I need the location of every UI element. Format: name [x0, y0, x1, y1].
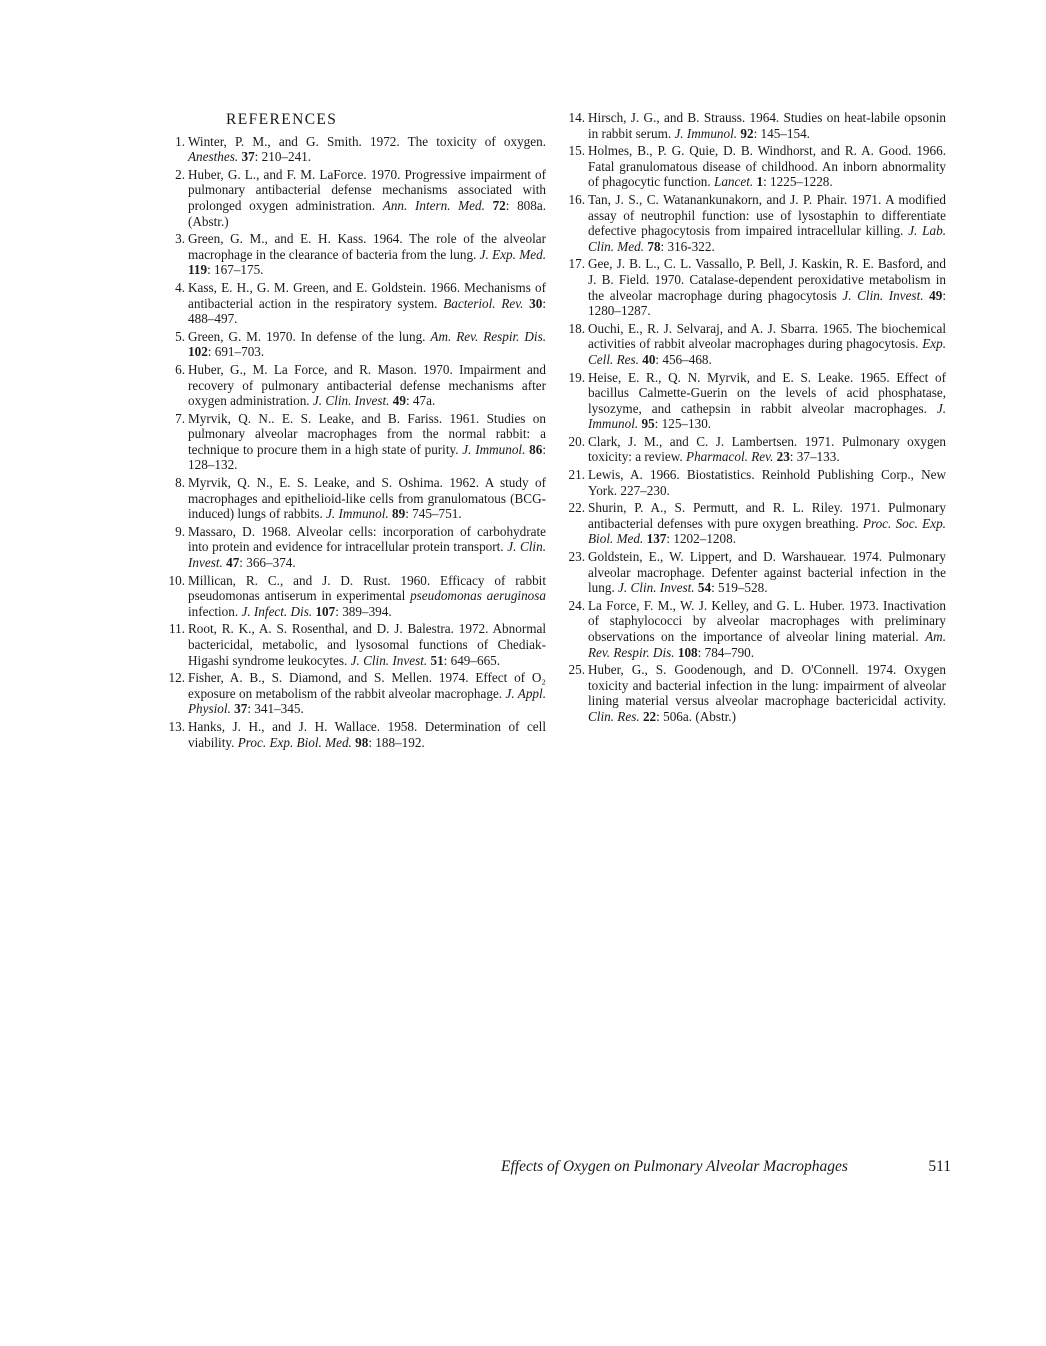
reference-journal: Lancet. — [714, 174, 753, 189]
reference-journal: J. Clin. Invest. — [618, 580, 695, 595]
reference-pages: : 745–751. — [405, 506, 461, 521]
reference-item: 1.Winter, P. M., and G. Smith. 1972. The… — [166, 134, 546, 165]
reference-item: 11.Root, R. K., A. S. Rosenthal, and D. … — [166, 621, 546, 668]
reference-item: 25.Huber, G., S. Goodenough, and D. O'Co… — [566, 662, 946, 724]
references-column-right: 14.Hirsch, J. G., and B. Strauss. 1964. … — [566, 110, 946, 727]
reference-list-right: 14.Hirsch, J. G., and B. Strauss. 1964. … — [566, 110, 946, 725]
reference-journal: J. Clin. Invest. — [842, 288, 923, 303]
reference-pages: : 456–468. — [655, 352, 711, 367]
reference-item: 20.Clark, J. M., and C. J. Lambertsen. 1… — [566, 434, 946, 465]
reference-volume: 23 — [777, 449, 790, 464]
reference-number: 25. — [560, 662, 585, 678]
reference-pages: : 188–192. — [368, 735, 424, 750]
reference-number: 11. — [160, 621, 185, 637]
reference-item: 21.Lewis, A. 1966. Biostatistics. Reinho… — [566, 467, 946, 498]
reference-item: 22.Shurin, P. A., S. Permutt, and R. L. … — [566, 500, 946, 547]
reference-volume: 54 — [698, 580, 711, 595]
reference-number: 9. — [166, 524, 185, 540]
page-number: 511 — [928, 1158, 951, 1176]
reference-text: Green, G. M. 1970. In defense of the lun… — [188, 329, 430, 344]
reference-item: 18.Ouchi, E., R. J. Selvaraj, and A. J. … — [566, 321, 946, 368]
reference-item: 7.Myrvik, Q. N.. E. S. Leake, and B. Far… — [166, 411, 546, 473]
reference-journal: Anesthes. — [188, 149, 238, 164]
reference-number: 23. — [560, 549, 585, 565]
reference-journal: Proc. Exp. Biol. Med. — [238, 735, 352, 750]
reference-number: 12. — [160, 670, 185, 686]
reference-volume: 92 — [740, 126, 753, 141]
reference-item: 19.Heise, E. R., Q. N. Myrvik, and E. S.… — [566, 370, 946, 432]
reference-item: 3.Green, G. M., and E. H. Kass. 1964. Th… — [166, 231, 546, 278]
reference-pages: : 37–133. — [790, 449, 840, 464]
reference-pages: : 808a. — [506, 198, 546, 213]
reference-journal: pseudomonas aeruginosa — [410, 588, 546, 603]
reference-number: 22. — [560, 500, 585, 516]
reference-number: 2. — [166, 167, 185, 183]
reference-volume: 51 — [430, 653, 443, 668]
reference-item: 16.Tan, J. S., C. Watanankunakorn, and J… — [566, 192, 946, 254]
reference-number: 20. — [560, 434, 585, 450]
reference-volume: 95 — [641, 416, 654, 431]
reference-pages: : 1202–1208. — [666, 531, 736, 546]
reference-item: 4.Kass, E. H., G. M. Green, and E. Golds… — [166, 280, 546, 327]
reference-number: 21. — [560, 467, 585, 483]
reference-pages: : 366–374. — [239, 555, 295, 570]
reference-text: La Force, F. M., W. J. Kelley, and G. L.… — [588, 598, 946, 644]
reference-item: 13.Hanks, J. H., and J. H. Wallace. 1958… — [166, 719, 546, 750]
reference-item: 12.Fisher, A. B., S. Diamond, and S. Mel… — [166, 670, 546, 717]
reference-journal: J. Immunol. — [674, 126, 737, 141]
reference-number: 24. — [560, 598, 585, 614]
reference-number: 16. — [560, 192, 585, 208]
reference-volume: 98 — [355, 735, 368, 750]
reference-pages: : 341–345. — [247, 701, 303, 716]
reference-item: 15.Holmes, B., P. G. Quie, D. B. Windhor… — [566, 143, 946, 190]
reference-number: 5. — [166, 329, 185, 345]
reference-list-left: 1.Winter, P. M., and G. Smith. 1972. The… — [166, 134, 546, 751]
reference-number: 14. — [560, 110, 585, 126]
reference-pages: : 519–528. — [711, 580, 767, 595]
reference-pages: : 145–154. — [754, 126, 810, 141]
reference-journal: Clin. Res. — [588, 709, 640, 724]
reference-volume: 22 — [643, 709, 656, 724]
reference-volume: 47 — [226, 555, 239, 570]
reference-item: 10.Millican, R. C., and J. D. Rust. 1960… — [166, 573, 546, 620]
reference-volume: 37 — [234, 701, 247, 716]
reference-note: (Abstr.) — [692, 709, 736, 724]
page-footer: Effects of Oxygen on Pulmonary Alveolar … — [501, 1158, 951, 1176]
reference-item: 23.Goldstein, E., W. Lippert, and D. War… — [566, 549, 946, 596]
reference-text: Lewis, A. 1966. Biostatistics. Reinhold … — [588, 467, 946, 498]
reference-number: 8. — [166, 475, 185, 491]
reference-volume: 40 — [642, 352, 655, 367]
reference-note: (Abstr.) — [188, 214, 229, 229]
reference-volume: 30 — [529, 296, 542, 311]
reference-note: infection. — [188, 604, 241, 619]
reference-journal: Ann. Intern. Med. — [383, 198, 485, 213]
reference-volume: 49 — [929, 288, 942, 303]
reference-number: 3. — [166, 231, 185, 247]
reference-item: 2.Huber, G. L., and F. M. LaForce. 1970.… — [166, 167, 546, 229]
reference-journal: J. Im­munol. — [326, 506, 389, 521]
reference-journal: Am. Rev. Respir. Dis. — [430, 329, 546, 344]
reference-pages: : 47a. — [406, 393, 435, 408]
reference-pages: : 125–130. — [655, 416, 711, 431]
reference-text: Tan, J. S., C. Watanankunakorn, and J. P… — [588, 192, 946, 238]
reference-item: 5.Green, G. M. 1970. In defense of the l… — [166, 329, 546, 360]
reference-number: 15. — [560, 143, 585, 159]
reference-volume: 89 — [392, 506, 405, 521]
reference-volume: 86 — [529, 442, 542, 457]
reference-text: Massaro, D. 1968. Alveolar cells: incorp… — [188, 524, 546, 555]
reference-pages: : 316-322. — [661, 239, 715, 254]
reference-journal: J. Clin. Invest. — [313, 393, 390, 408]
reference-text: Winter, P. M., and G. Smith. 1972. The t… — [188, 134, 546, 149]
reference-pages: : 1225–1228. — [763, 174, 833, 189]
references-column-left: REFERENCES 1.Winter, P. M., and G. Smith… — [166, 112, 546, 752]
reference-volume: 108 — [678, 645, 698, 660]
reference-item: 9.Massaro, D. 1968. Alveolar cells: inco… — [166, 524, 546, 571]
reference-number: 17. — [560, 256, 585, 272]
reference-journal: J. Exp. Med. — [480, 247, 546, 262]
reference-number: 13. — [160, 719, 185, 735]
reference-volume: 49 — [393, 393, 406, 408]
reference-volume: 102 — [188, 344, 208, 359]
reference-text: Fisher, A. B., S. Diamond, and S. Mellen… — [188, 670, 546, 701]
reference-volume: 107 — [315, 604, 335, 619]
reference-pages: : 389–394. — [335, 604, 391, 619]
reference-pages: : 649–665. — [444, 653, 500, 668]
reference-journal: J. Immunol. — [462, 442, 525, 457]
reference-text: Heise, E. R., Q. N. Myrvik, and E. S. Le… — [588, 370, 946, 416]
reference-volume: 78 — [647, 239, 660, 254]
reference-volume: 72 — [493, 198, 506, 213]
reference-volume: 137 — [647, 531, 667, 546]
reference-number: 10. — [160, 573, 185, 589]
reference-text: Ouchi, E., R. J. Selvaraj, and A. J. Sba… — [588, 321, 946, 352]
reference-pages: : 210–241. — [255, 149, 311, 164]
running-title: Effects of Oxygen on Pulmonary Alveolar … — [501, 1158, 848, 1175]
reference-volume: 119 — [188, 262, 207, 277]
reference-volume: 37 — [241, 149, 254, 164]
reference-journal: J. Infect. Dis. — [241, 604, 312, 619]
reference-pages: : 691–703. — [208, 344, 264, 359]
reference-item: 24.La Force, F. M., W. J. Kelley, and G.… — [566, 598, 946, 660]
reference-journal: J. Clin. Invest. — [351, 653, 428, 668]
reference-pages: : 167–175. — [207, 262, 263, 277]
reference-number: 19. — [560, 370, 585, 386]
reference-journal: Bacteriol. Rev. — [443, 296, 523, 311]
reference-item: 14.Hirsch, J. G., and B. Strauss. 1964. … — [566, 110, 946, 141]
reference-number: 1. — [166, 134, 185, 150]
reference-number: 4. — [166, 280, 185, 296]
reference-pages: : 506a. — [656, 709, 692, 724]
reference-journal: Pharmacol. Rev. — [686, 449, 773, 464]
reference-item: 6.Huber, G., M. La Force, and R. Mason. … — [166, 362, 546, 409]
reference-pages: : 784–790. — [698, 645, 754, 660]
reference-item: 8.Myrvik, Q. N., E. S. Leake, and S. Osh… — [166, 475, 546, 522]
reference-text: Huber, G., S. Goodenough, and D. O'Conne… — [588, 662, 946, 708]
reference-number: 18. — [560, 321, 585, 337]
reference-item: 17.Gee, J. B. L., C. L. Vassallo, P. Bel… — [566, 256, 946, 318]
reference-number: 7. — [166, 411, 185, 427]
reference-number: 6. — [166, 362, 185, 378]
references-heading: REFERENCES — [226, 112, 546, 128]
